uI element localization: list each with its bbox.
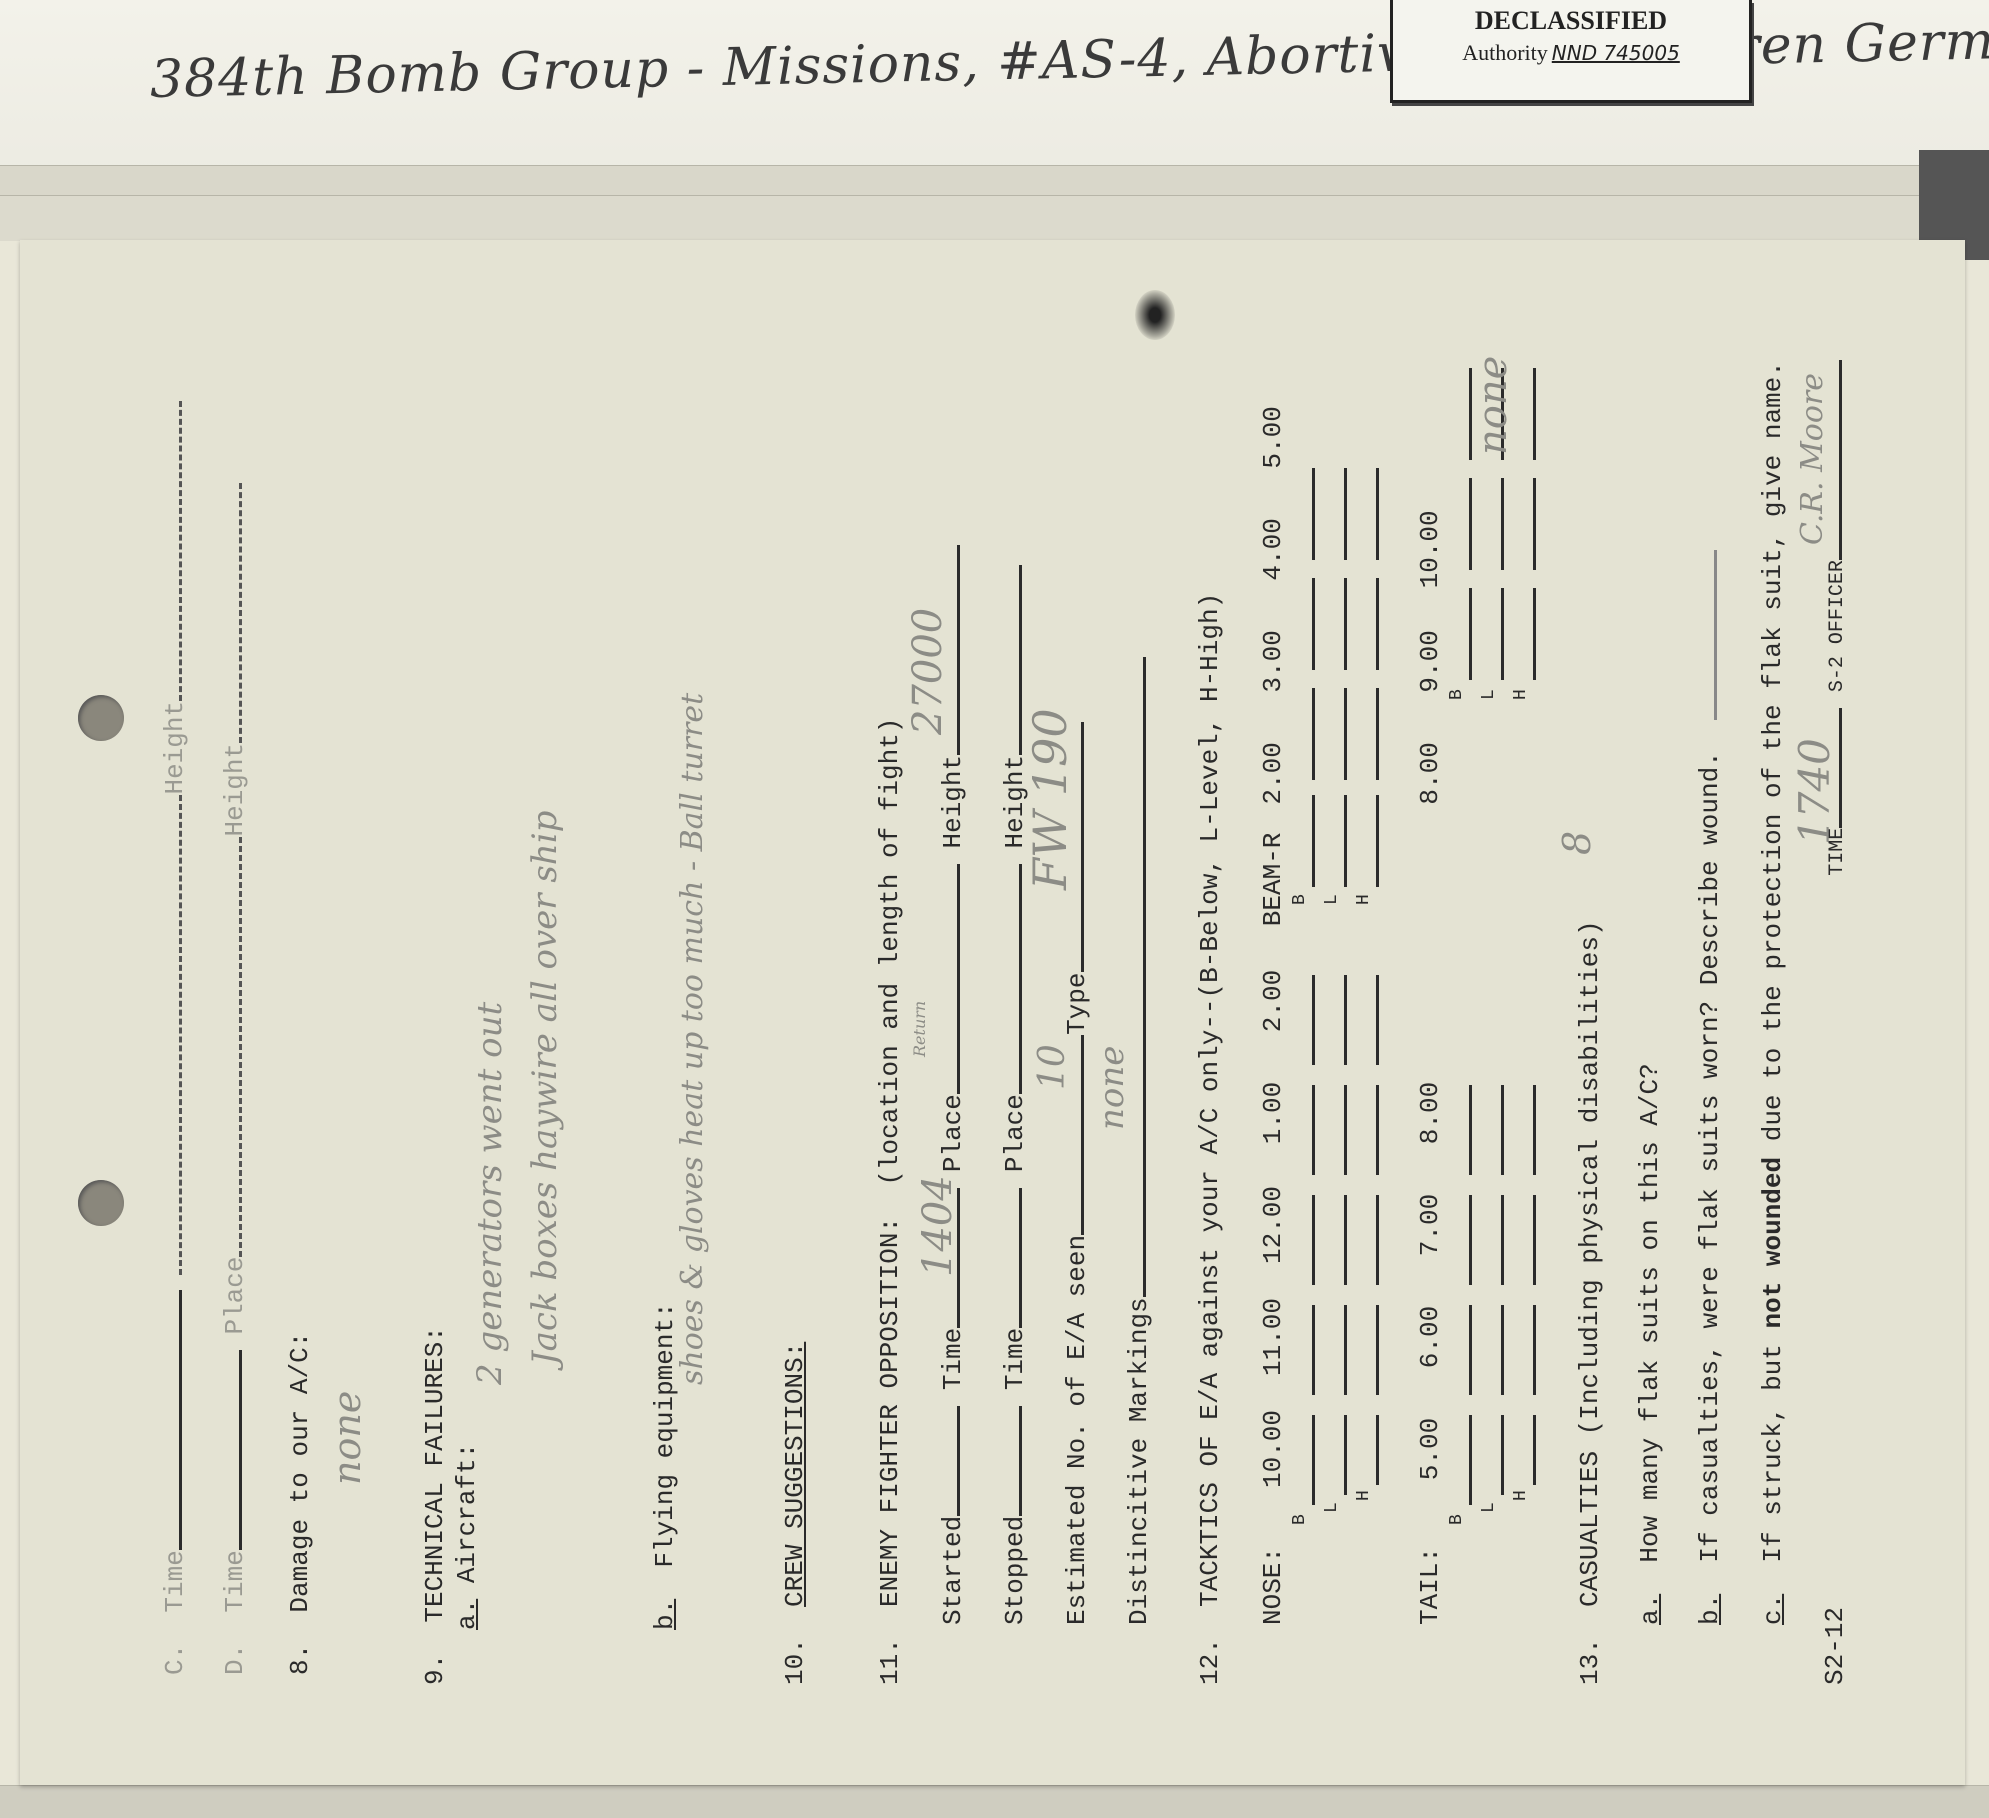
item-d-place-field[interactable] <box>239 837 242 1257</box>
item-9b-answer: shoes & gloves heat up too much - Ball t… <box>675 693 710 1385</box>
beaml-b-8[interactable] <box>1469 588 1472 680</box>
beamr-l-4[interactable] <box>1344 578 1347 670</box>
tail-h-6[interactable] <box>1533 1305 1536 1395</box>
item-10: 10. CREW SUGGESTIONS: <box>780 1342 810 1685</box>
footer-time-field[interactable] <box>1839 708 1842 828</box>
item-8-answer: none <box>325 1391 369 1485</box>
nose-b-10[interactable] <box>1312 1415 1315 1505</box>
nose-b-2[interactable] <box>1312 975 1315 1065</box>
item-13c: c. If struck, but not wounded due to the… <box>1758 361 1788 1625</box>
paper-stack-edge <box>0 165 1989 196</box>
nose-h-1[interactable] <box>1376 1085 1379 1175</box>
ea-type-field[interactable] <box>1081 723 1084 973</box>
footer-time-value: 1740 <box>1790 738 1839 845</box>
describe-wound-field[interactable] <box>1714 550 1717 720</box>
authority-label: Authority <box>1462 40 1548 65</box>
item-d-height-field[interactable] <box>239 483 242 743</box>
tail-h-8[interactable] <box>1533 1085 1536 1175</box>
item-d: D. Time PlaceHeight <box>220 483 250 1675</box>
stopped-blank[interactable] <box>1019 1406 1022 1516</box>
nose-h-10[interactable] <box>1376 1415 1379 1485</box>
tail-b-6[interactable] <box>1469 1305 1472 1395</box>
beaml-b-9[interactable] <box>1469 478 1472 570</box>
item-11: 11. ENEMY FIGHTER OPPOSITION: (location … <box>875 718 905 1685</box>
beaml-l-8[interactable] <box>1501 588 1504 680</box>
officer-signature-field[interactable] <box>1839 360 1842 560</box>
form-sheet: C. Time Height D. Time PlaceHeight 8. Da… <box>20 240 1965 1785</box>
markings-value: none <box>1092 1046 1132 1130</box>
nose-l-1[interactable] <box>1344 1085 1347 1175</box>
stopped-time-field[interactable] <box>1019 1188 1022 1328</box>
item-d-time-field[interactable] <box>239 1350 242 1550</box>
markings-field[interactable] <box>1143 657 1146 1297</box>
document-page: C. Time Height D. Time PlaceHeight 8. Da… <box>20 240 1965 1785</box>
item-8: 8. Damage to our A/C: <box>285 1332 315 1675</box>
beamr-h-2[interactable] <box>1376 795 1379 887</box>
item-13b: b. If casualties, were flak suits worn? … <box>1695 550 1725 1625</box>
item-9a: a. Aircraft: <box>452 1443 482 1630</box>
flak-suit-count-value: 8 <box>1555 831 1599 855</box>
item-c-height-field[interactable] <box>179 401 182 701</box>
authority-value: NND 745005 <box>1552 41 1680 65</box>
beamr-b-2[interactable] <box>1312 795 1315 887</box>
declassified-stamp: DECLASSIFIED AuthorityNND 745005 <box>1390 0 1752 103</box>
nose-b-11[interactable] <box>1312 1305 1315 1395</box>
estimated-count-value: 10 <box>1032 1044 1073 1090</box>
nose-b-12[interactable] <box>1312 1195 1315 1285</box>
ea-type-value: FW 190 <box>1023 708 1077 890</box>
officer-signature: C.R. Moore <box>1795 373 1830 545</box>
tail-h-5[interactable] <box>1533 1415 1536 1485</box>
stopped-height-field[interactable] <box>1019 565 1022 755</box>
started-place-field[interactable] <box>957 864 960 1094</box>
tail-l-6[interactable] <box>1501 1305 1504 1395</box>
item-9a-answer-1: 2 generators went out <box>470 1002 510 1385</box>
beamr-b-5[interactable] <box>1312 468 1315 560</box>
item-12: 12. TACKTICS OF E/A against your A/C onl… <box>1195 593 1225 1685</box>
beamr-l-3[interactable] <box>1344 688 1347 780</box>
beamr-l-5[interactable] <box>1344 468 1347 560</box>
tail-b-8[interactable] <box>1469 1085 1472 1175</box>
beamr-h-3[interactable] <box>1376 688 1379 780</box>
item-13: 13. CASUALTIES (Including physical disab… <box>1575 920 1605 1685</box>
started-height-value: 27000 <box>905 608 951 735</box>
nose-l-2[interactable] <box>1344 975 1347 1065</box>
item-9: 9. TECHNICAL FAILURES: <box>420 1326 450 1685</box>
stamp-title: DECLASSIFIED <box>1393 6 1749 36</box>
item-13a: a. How many flak suits on this A/C? <box>1635 1063 1665 1625</box>
tail-l-5[interactable] <box>1501 1415 1504 1495</box>
nose-l-12[interactable] <box>1344 1195 1347 1285</box>
item-c-time-field[interactable] <box>179 1290 182 1550</box>
nose-h-12[interactable] <box>1376 1195 1379 1285</box>
tail-clock-header: TAIL:5.006.007.008.00 8.009.0010.00 <box>1415 493 1445 1625</box>
estimated-count-field[interactable] <box>1081 1035 1084 1235</box>
nose-l-10[interactable] <box>1344 1415 1347 1495</box>
paper-stack-edge-bottom <box>0 1785 1989 1818</box>
tail-b-7[interactable] <box>1469 1195 1472 1285</box>
form-footer: S2-12 TIME S-2 OFFICER <box>1820 360 1850 1685</box>
item-c-place-field[interactable] <box>179 795 182 1275</box>
stamp-authority: AuthorityNND 745005 <box>1393 40 1749 66</box>
tactics-answer: none <box>1470 356 1516 455</box>
started-time-value: 1404 <box>915 1175 961 1277</box>
archive-header: 384th Bomb Group - Missions, #AS-4, Abor… <box>0 0 1989 180</box>
beamr-h-4[interactable] <box>1376 578 1379 670</box>
beaml-h-10[interactable] <box>1533 368 1536 460</box>
paper-stack-edge <box>0 195 1989 241</box>
stopped-place-field[interactable] <box>1019 864 1022 1094</box>
tail-l-8[interactable] <box>1501 1085 1504 1175</box>
beaml-h-9[interactable] <box>1533 478 1536 570</box>
nose-clock-header: NOSE:10.0011.0012.001.002.00 BEAM-R2.003… <box>1258 381 1288 1625</box>
beaml-l-9[interactable] <box>1501 478 1504 570</box>
nose-l-11[interactable] <box>1344 1305 1347 1395</box>
beamr-h-5[interactable] <box>1376 468 1379 560</box>
beaml-h-8[interactable] <box>1533 588 1536 680</box>
tail-b-5[interactable] <box>1469 1415 1472 1505</box>
beamr-l-2[interactable] <box>1344 795 1347 887</box>
nose-h-2[interactable] <box>1376 975 1379 1065</box>
tail-h-7[interactable] <box>1533 1195 1536 1285</box>
beamr-b-4[interactable] <box>1312 578 1315 670</box>
beamr-b-3[interactable] <box>1312 688 1315 780</box>
item-9a-answer-2: Jack boxes haywire all over ship <box>525 811 565 1365</box>
nose-h-11[interactable] <box>1376 1305 1379 1395</box>
started-blank[interactable] <box>957 1406 960 1516</box>
nose-b-1[interactable] <box>1312 1085 1315 1175</box>
started-height-field[interactable] <box>957 545 960 755</box>
form-number: S2-12 <box>1820 1607 1850 1685</box>
item-c: C. Time Height <box>160 401 190 1675</box>
tail-l-7[interactable] <box>1501 1195 1504 1285</box>
started-place-value: Return <box>910 1001 929 1057</box>
item-11-markings: Distincitive Markings <box>1124 657 1154 1625</box>
